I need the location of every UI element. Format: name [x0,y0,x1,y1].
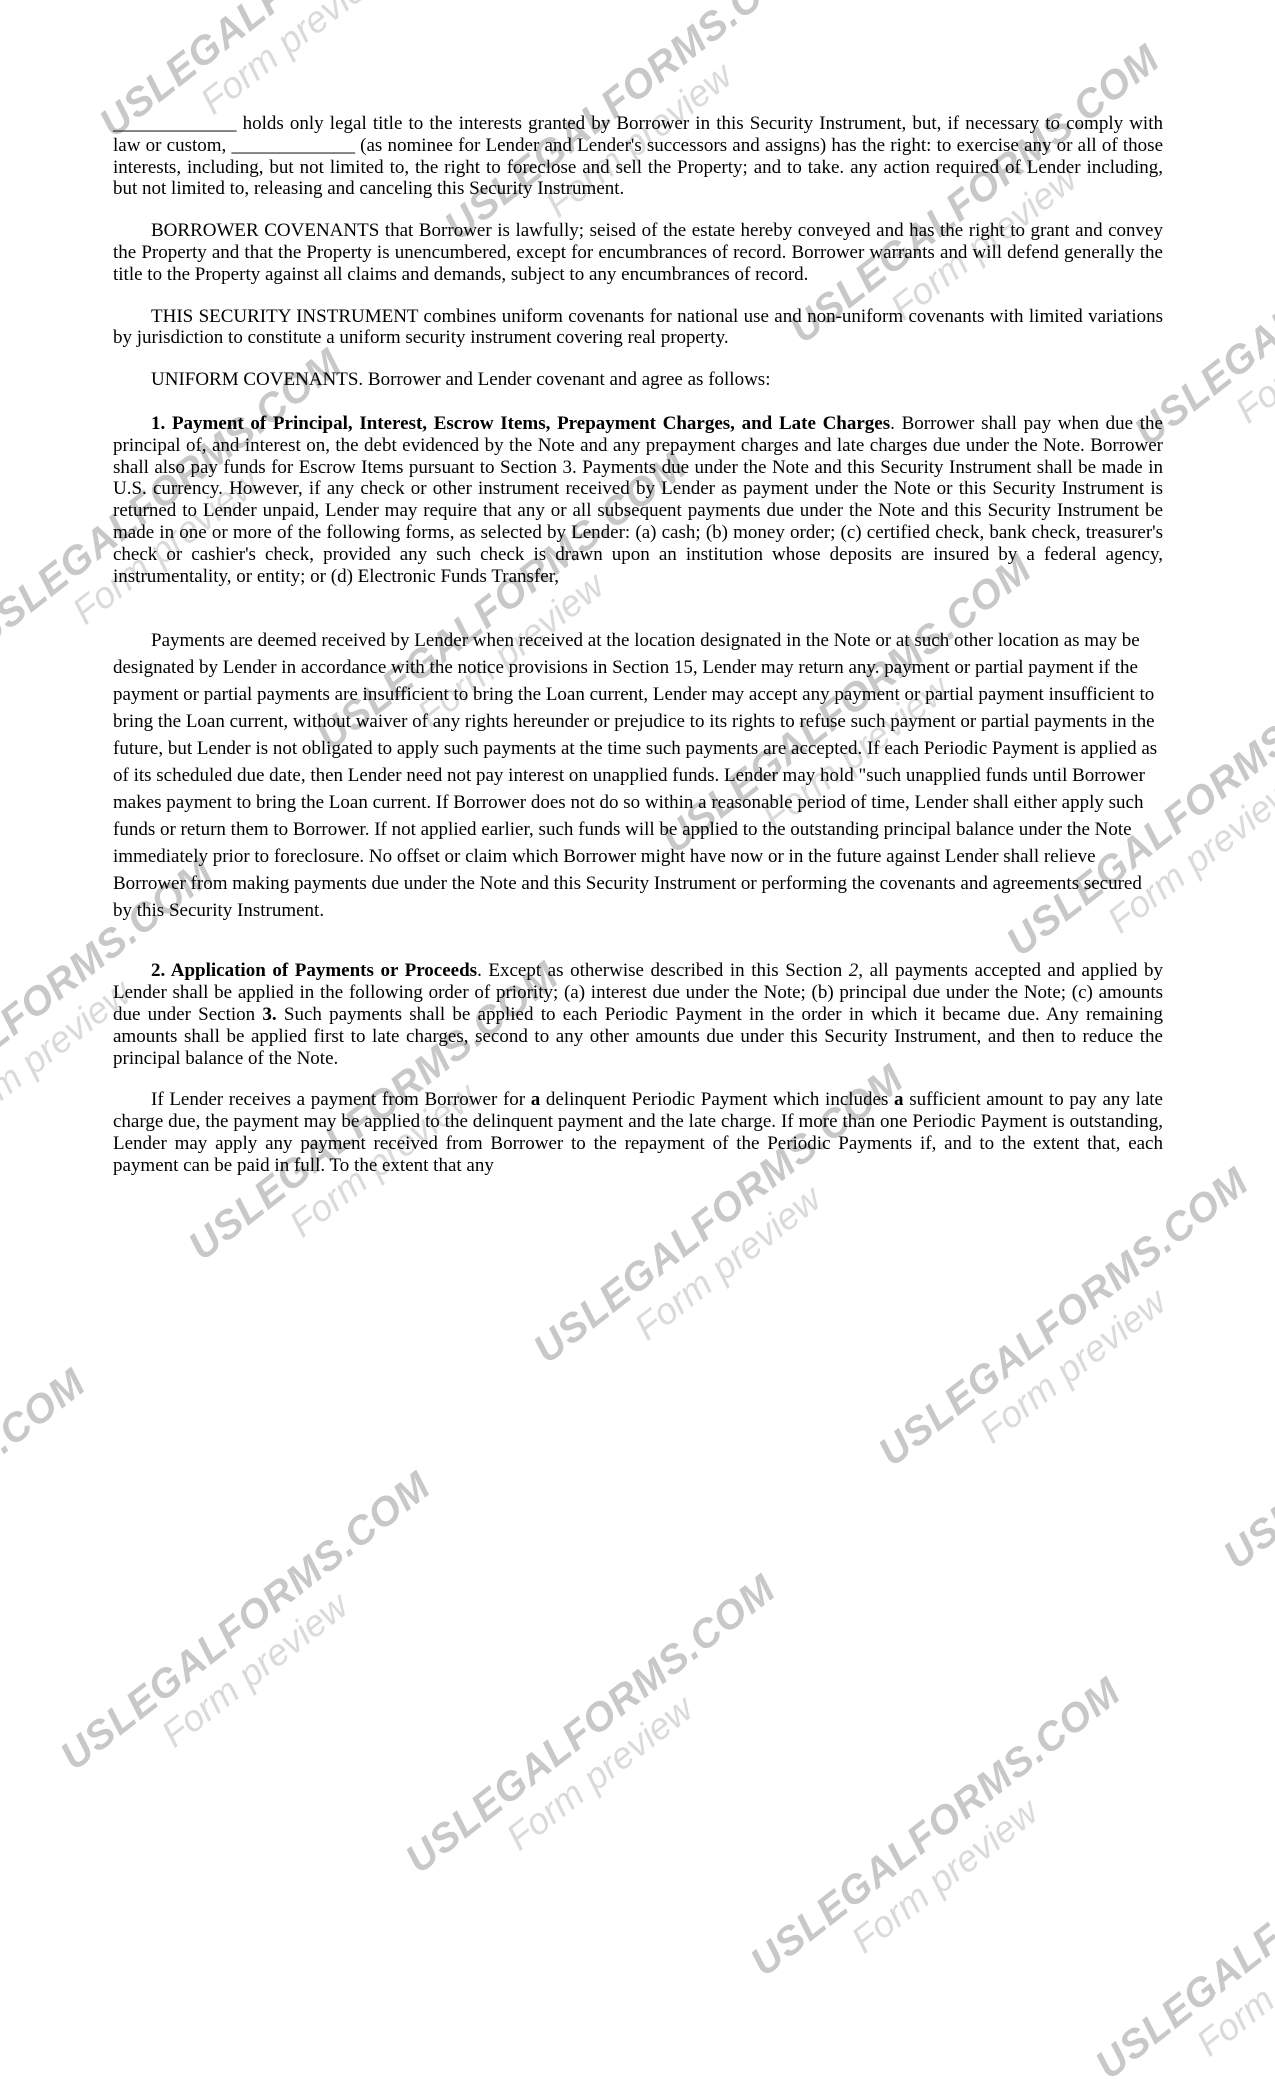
watermark-uslegalforms: USLEGALFORMS.COM [871,1160,1256,1474]
document-page: USLEGALFORMS.COMForm preview USLEGALFORM… [0,0,1275,2100]
paragraph-security-instrument: THIS SECURITY INSTRUMENT combines unifor… [113,306,1163,350]
watermark-uslegalforms: USLEGALFORMS.COM [1088,1773,1275,2087]
watermark-uslegalforms: USLEGALFORMS.COM [1216,1263,1275,1577]
watermark-uslegalforms: USLEGALFORMS.COM [0,1361,93,1675]
watermark-tile: USLEGALFORMS.COMForm preview [1242,1535,1275,1577]
watermark-uslegalforms: USLEGALFORMS.COM [53,1464,438,1778]
paragraph-section-1: 1. Payment of Principal, Interest, Escro… [113,413,1163,587]
watermark-form-preview: Form preview [154,1586,355,1755]
watermark-uslegalforms: USLEGALFORMS.COM [743,1670,1128,1984]
borrower-covenants-text: BORROWER COVENANTS that Borrower is lawf… [113,220,1163,285]
watermark-form-preview: Form preview [1189,1895,1275,2064]
watermark-tile: USLEGALFORMS.COMForm preview [424,1839,844,1881]
section-2-heading: 2. Application of Payments or Proceeds [151,960,477,981]
watermark-form-preview: Form preview [0,1483,11,1652]
security-instrument-text: THIS SECURITY INSTRUMENT combines unifor… [113,306,1163,349]
watermark-tile: USLEGALFORMS.COMForm preview [207,1226,627,1268]
watermark-tile: USLEGALFORMS.COMForm preview [769,1942,1189,1984]
watermark-form-preview: Form preview [499,1689,700,1858]
watermark-form-preview: Form preview [627,1179,828,1348]
paragraph-borrower-covenants: BORROWER COVENANTS that Borrower is lawf… [113,220,1163,285]
watermark-tile: USLEGALFORMS.COMForm preview [79,1736,499,1778]
delinquent-body-1: If Lender receives a payment from Borrow… [151,1089,531,1110]
uniform-covenants-text: UNIFORM COVENANTS. Borrower and Lender c… [151,369,770,390]
watermark-tile: USLEGALFORMS.COMForm preview [1114,2045,1275,2087]
delinquent-bold-a-2: a [894,1089,904,1110]
watermark-tile: USLEGALFORMS.COMForm preview [0,1633,154,1675]
watermark-uslegalforms: USLEGALFORMS.COM [398,1567,783,1881]
nominee-clause-text: _____________ holds only legal title to … [113,113,1163,199]
paragraph-section-2: 2. Application of Payments or Proceeds. … [113,960,1163,1069]
delinquent-body-2: delinquent Periodic Payment which includ… [540,1089,894,1110]
section-2-bold-3: 3. [262,1004,276,1025]
section-1-heading: 1. Payment of Principal, Interest, Escro… [151,413,890,434]
watermark-tile: USLEGALFORMS.COMForm preview [897,1432,1275,1474]
section-2-body-1: . Except as otherwise described in this … [477,960,849,981]
paragraph-uniform-covenants: UNIFORM COVENANTS. Borrower and Lender c… [113,369,1163,391]
paragraph-nominee-clause: _____________ holds only legal title to … [113,113,1163,200]
paragraph-payments-received: Payments are deemed received by Lender w… [113,627,1163,924]
delinquent-bold-a-1: a [531,1089,541,1110]
section-2-italic-2: 2, [849,960,863,981]
watermark-form-preview: Form preview [844,1792,1045,1961]
section-1-body: . Borrower shall pay when due the princi… [113,413,1163,587]
watermark-form-preview: Form preview [972,1282,1173,1451]
payments-received-text: Payments are deemed received by Lender w… [113,630,1157,921]
document-content: _____________ holds only legal title to … [0,0,1275,1177]
paragraph-delinquent-payment: If Lender receives a payment from Borrow… [113,1089,1163,1176]
watermark-tile: USLEGALFORMS.COMForm preview [552,1329,972,1371]
